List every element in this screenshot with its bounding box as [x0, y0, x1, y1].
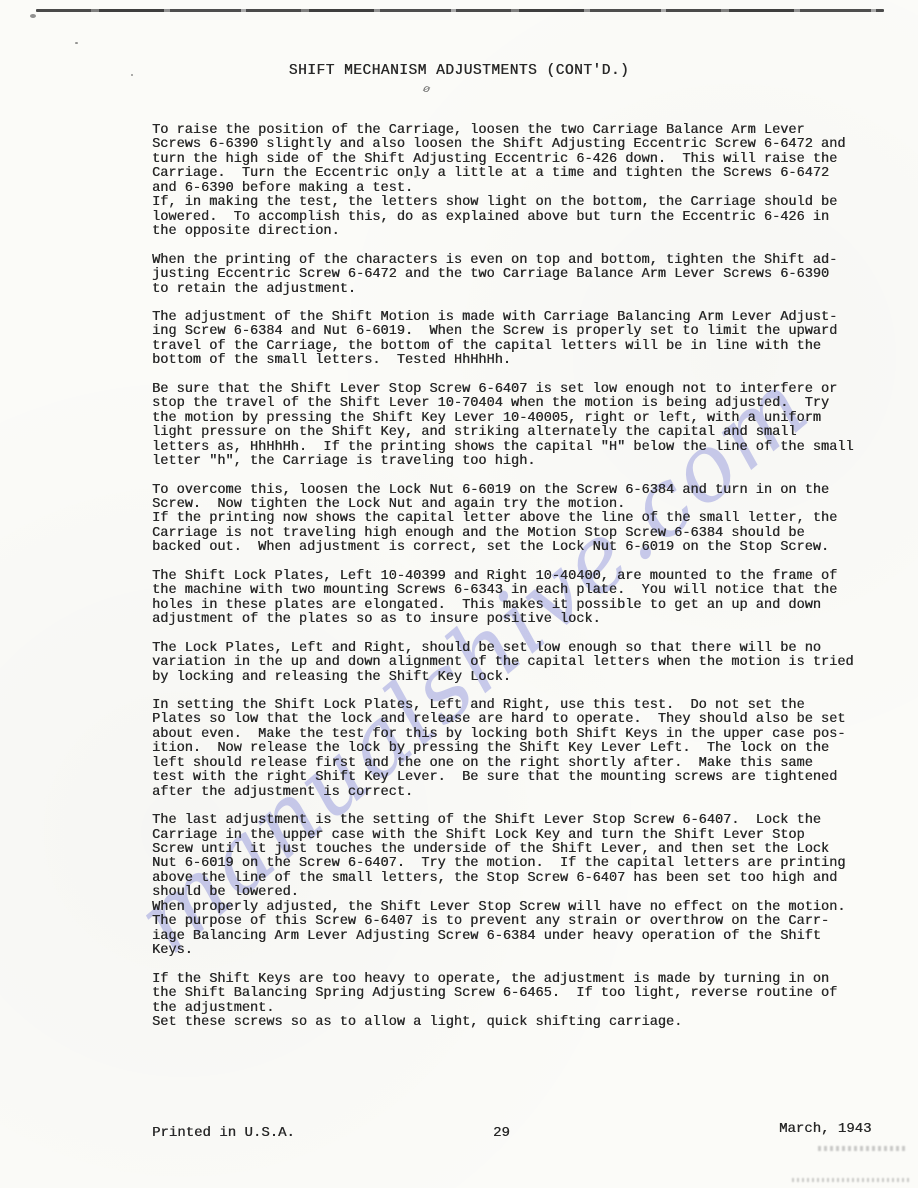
page-title: SHIFT MECHANISM ADJUSTMENTS (CONT'D.): [0, 63, 918, 79]
scanned-manual-page: manualshive.com SHIFT MECHANISM ADJUSTME…: [0, 0, 918, 1188]
paragraph: To overcome this, loosen the Lock Nut 6-…: [152, 484, 894, 556]
scan-smudge: [792, 1178, 910, 1182]
scan-speck: [75, 42, 78, 44]
paragraph: In setting the Shift Lock Plates, Left a…: [152, 699, 894, 800]
paragraph: The last adjustment is the setting of th…: [152, 814, 894, 959]
footer-printed-note: Printed in U.S.A.: [152, 1125, 295, 1141]
scan-artifact-top-line: [36, 9, 884, 12]
footer-page-number: 29: [493, 1125, 510, 1141]
footer-date: March, 1943: [779, 1121, 871, 1137]
paragraph: Be sure that the Shift Lever Stop Screw …: [152, 383, 894, 470]
paragraph: When the printing of the characters is e…: [152, 254, 894, 297]
paragraph: To raise the position of the Carriage, l…: [152, 124, 894, 240]
paragraph: The Lock Plates, Left and Right, should …: [152, 642, 894, 685]
scan-speck: [30, 14, 36, 18]
scan-smudge: [818, 1146, 906, 1151]
paragraph: The adjustment of the Shift Motion is ma…: [152, 311, 894, 369]
body-text: To raise the position of the Carriage, l…: [152, 124, 894, 1044]
scan-pen-mark: ø: [421, 83, 431, 96]
paragraph: If the Shift Keys are too heavy to opera…: [152, 973, 894, 1031]
paragraph: The Shift Lock Plates, Left 10-40399 and…: [152, 570, 894, 628]
